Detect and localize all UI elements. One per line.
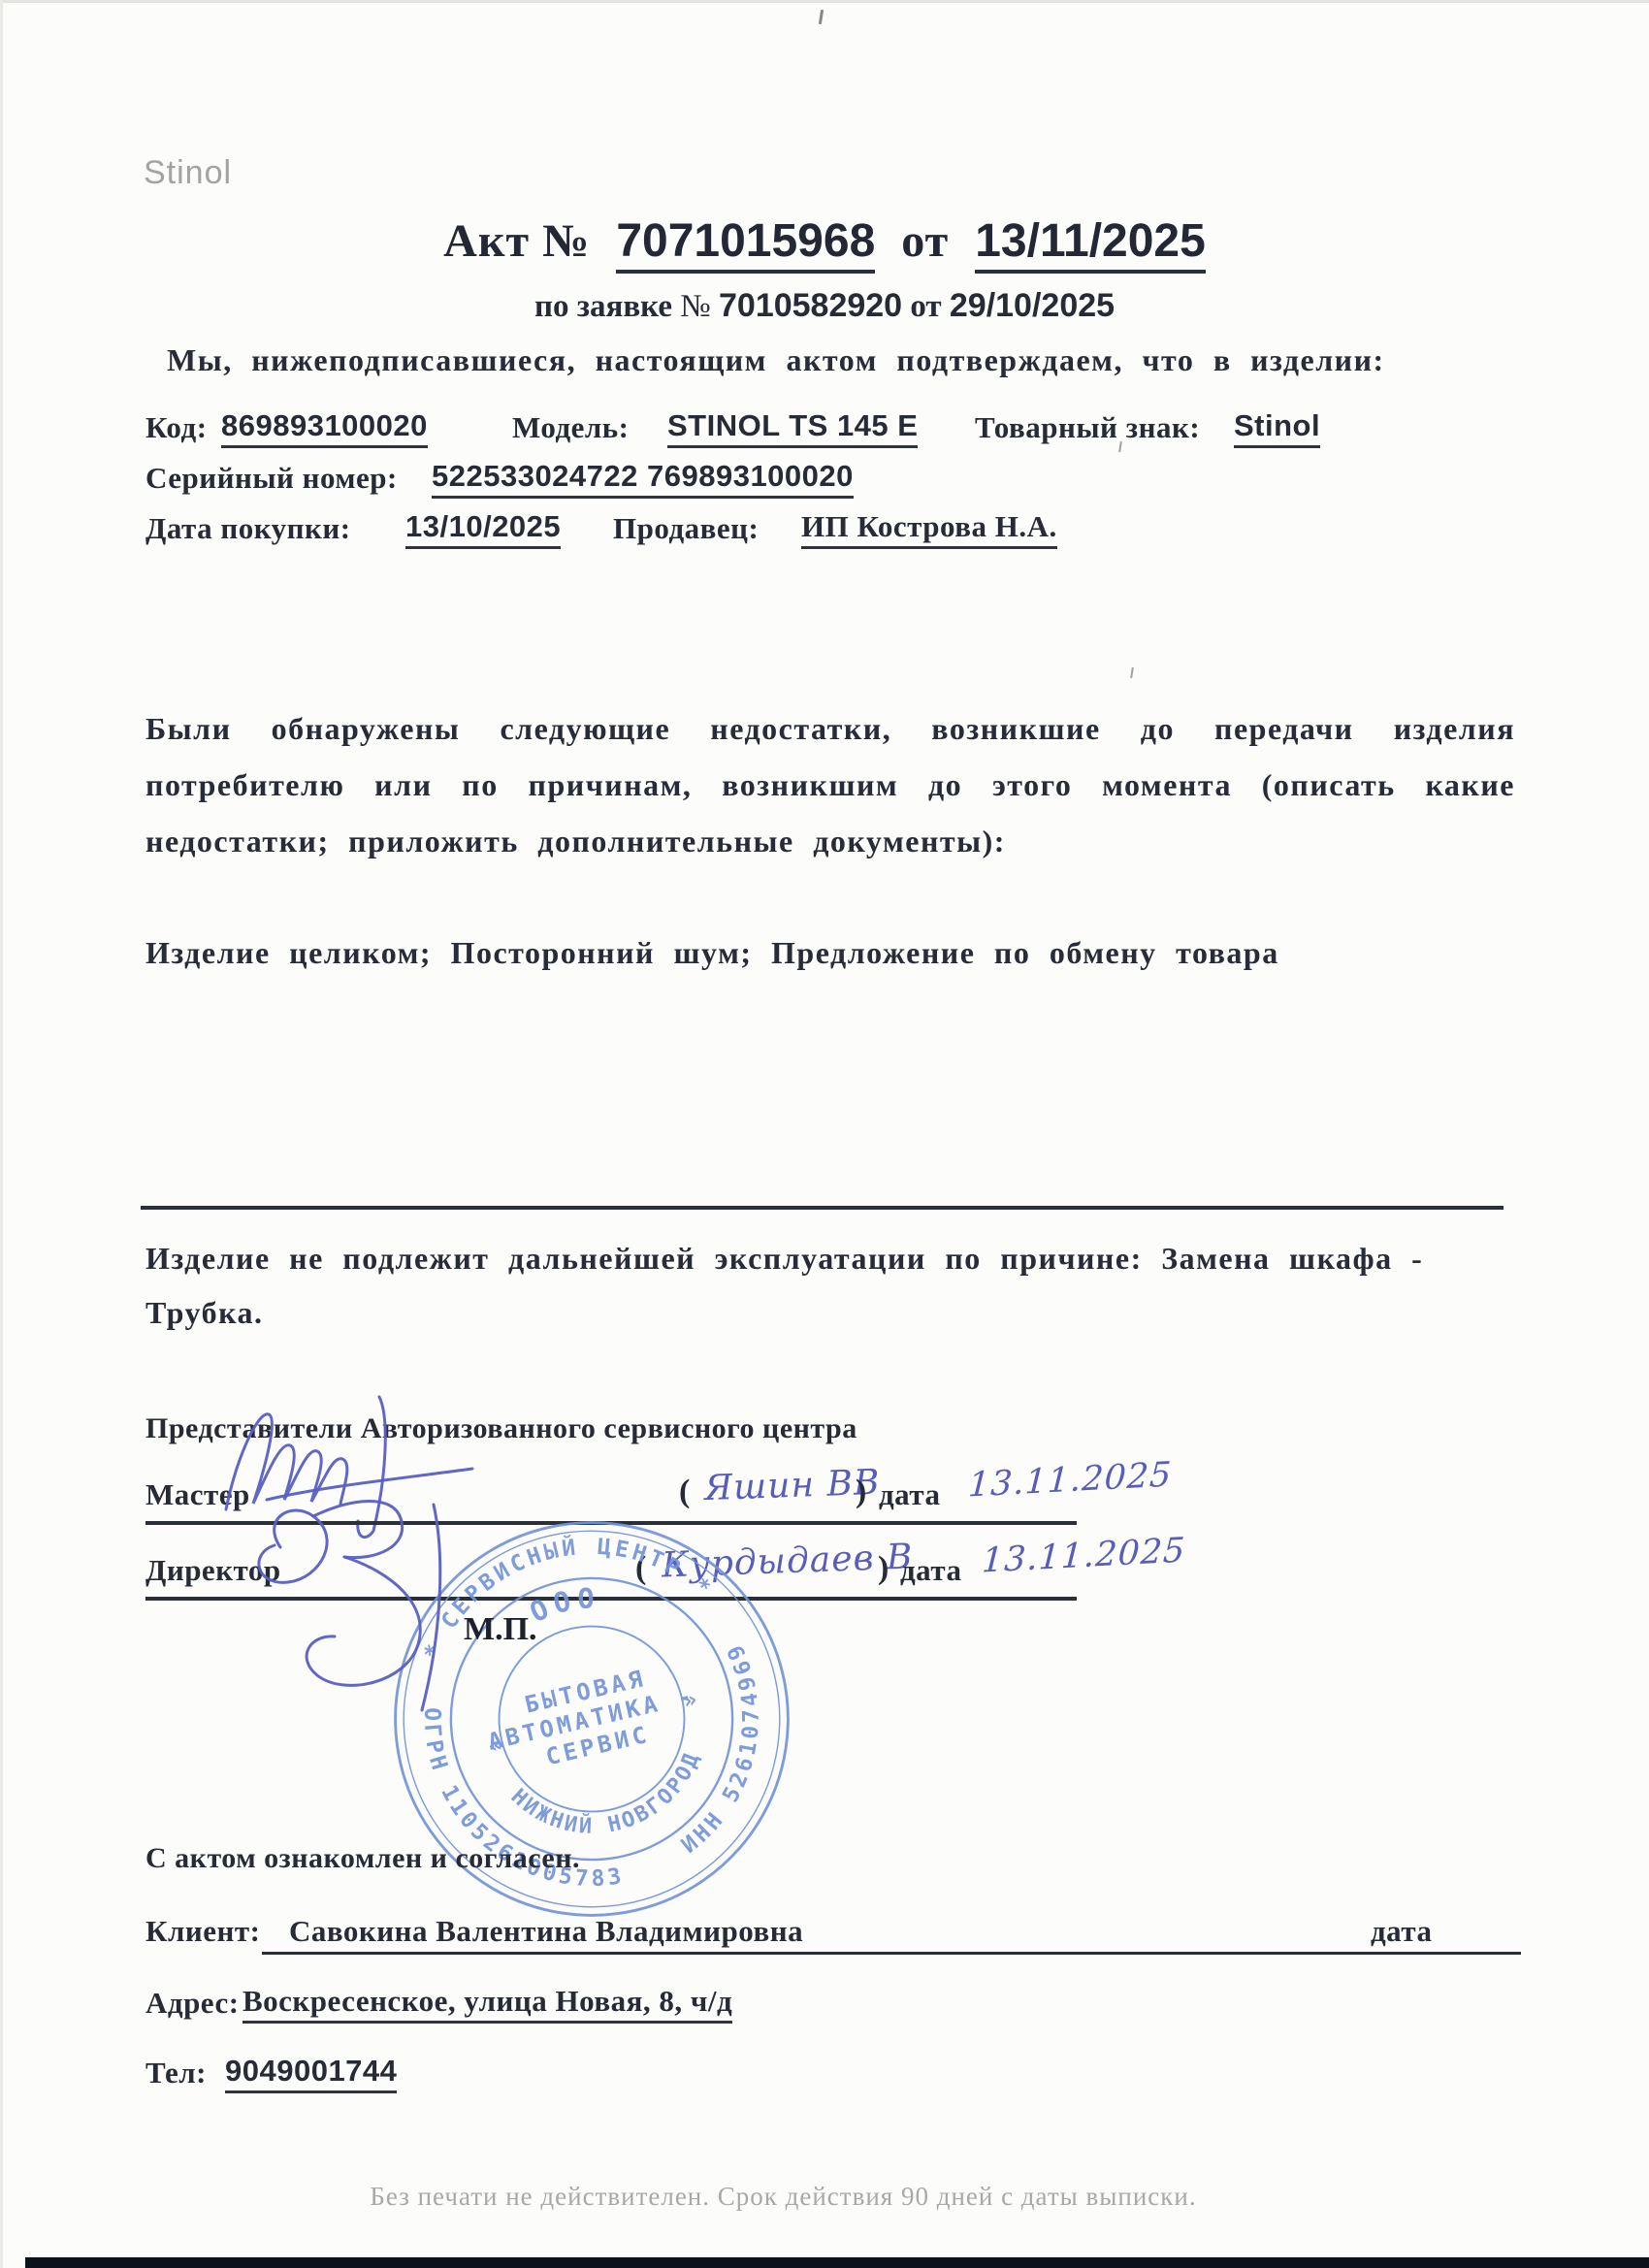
request-number: 7010582920 [719, 287, 902, 324]
request-no-sign: № [680, 289, 711, 324]
serial-label: Серийный номер: [145, 460, 398, 496]
client-label: Клиент: [145, 1913, 260, 1949]
product-code-value: 869893100020 [221, 407, 428, 448]
address-label: Адрес: [145, 1985, 240, 2021]
act-date: 13/11/2025 [975, 215, 1206, 274]
section-divider [141, 1206, 1503, 1210]
scan-speck [1130, 667, 1134, 678]
request-label: по заявке [534, 289, 672, 324]
address-value: Воскресенское, улица Новая, 8, ч/д [242, 1983, 732, 2024]
seller-label: Продавец: [613, 510, 759, 546]
serial-value: 522533024722 769893100020 [432, 458, 854, 499]
request-date: 29/10/2025 [950, 287, 1115, 324]
seller-value: ИП Кострова Н.А. [801, 508, 1057, 549]
product-trademark-label: Товарный знак: [975, 409, 1200, 445]
request-from-word: от [910, 289, 941, 324]
acknowledgement-line: С актом ознакомлен и согласен. [145, 1841, 580, 1876]
scan-speck [819, 10, 824, 24]
phone-label: Тел: [145, 2055, 207, 2090]
client-name: Савокина Валентина Владимировна [289, 1913, 803, 1949]
request-line: по заявке № 7010582920 от 29/10/2025 [0, 286, 1649, 327]
product-code-label: Код: [145, 409, 208, 445]
master-date-label: дата [879, 1476, 941, 1512]
defects-found-line: Изделие целиком; Посторонний шум; Предло… [145, 934, 1279, 971]
brand-logo: Stinol [144, 153, 232, 193]
footer-validity-note: Без печати не действителен. Срок действи… [0, 2181, 1567, 2212]
defects-intro-paragraph: Были обнаружены следующие недостатки, во… [145, 700, 1515, 869]
client-signature-line [262, 1952, 1521, 1955]
product-trademark-value: Stinol [1234, 407, 1320, 448]
act-from-word: от [901, 215, 949, 267]
scanned-act-document: Stinol Акт № 7071015968 от 13/11/2025 по… [0, 0, 1649, 2268]
act-title-label: Акт № [443, 215, 590, 267]
client-date-label: дата [1371, 1913, 1433, 1949]
product-model-label: Модель: [512, 409, 630, 445]
act-number: 7071015968 [616, 215, 875, 274]
scan-edge-bar [25, 2257, 1649, 2268]
director-close-paren: ) [878, 1549, 889, 1589]
director-date-label: дата [900, 1552, 962, 1588]
act-title-line: Акт № 7071015968 от 13/11/2025 [0, 213, 1649, 270]
director-date-value: 13.11.2025 [981, 1530, 1186, 1581]
phone-value: 9049001744 [225, 2053, 397, 2093]
stamp-inn-text: ИНН 5261074969 [636, 1636, 795, 1862]
product-model-value: STINOL TS 145 E [667, 407, 918, 448]
purchase-date-value: 13/10/2025 [405, 508, 561, 549]
intro-line: Мы, нижеподписавшиеся, настоящим актом п… [167, 341, 1385, 378]
purchase-date-label: Дата покупки: [145, 510, 351, 546]
master-date-value: 13.11.2025 [967, 1454, 1173, 1506]
conclusion-line-1: Изделие не подлежит дальнейшей эксплуата… [145, 1240, 1423, 1277]
svg-text:ИНН 5261074969: ИНН 5261074969 [636, 1636, 795, 1862]
conclusion-line-2: Трубка. [145, 1294, 264, 1331]
master-close-paren: ) [856, 1473, 867, 1512]
director-signature [228, 1489, 548, 1717]
